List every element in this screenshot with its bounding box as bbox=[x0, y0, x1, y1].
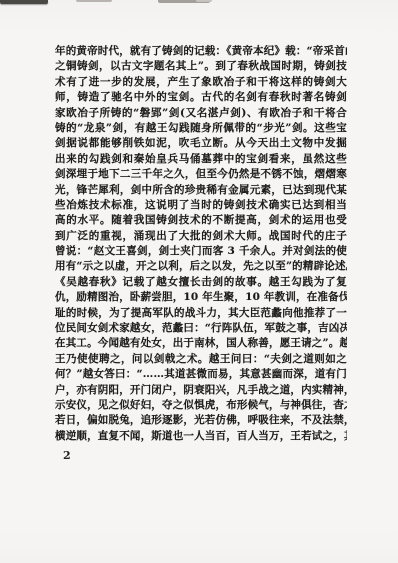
text-line-7: 剑据说都能够削铁如泥，吹毛立断。从今天出土文物中发掘 bbox=[55, 136, 347, 151]
text-line-22: 何？”越女答曰：“……其道甚微而易，其意甚幽而深，道有门 bbox=[55, 367, 347, 382]
text-line-9: 剑深埋于地下二三千年之久，但至今仍然是不锈不蚀，熠熠寒 bbox=[55, 167, 347, 182]
text-line-25: 若日，偏如脱兔，追形逐影，光若仿佛，呼吸往来，不及法禁，纵 bbox=[55, 413, 347, 428]
book-page: 年的黄帝时代，就有了铸剑的记载：《黄帝本纪》载：“帝采首山之铜铸剑，以古文字题名… bbox=[0, 0, 398, 563]
text-line-4: 师，铸造了驰名中外的宝剑。古代的名剑有春秋时著名铸剑 bbox=[55, 90, 347, 105]
text-line-19: 位民间女剑术家越女，范蠡曰：“行阵队伍，军鼓之事，吉凶决 bbox=[55, 321, 347, 336]
text-line-12: 高的水平。随着我国铸剑技术的不断提高，剑术的运用也受 bbox=[55, 213, 347, 228]
text-line-16: 《吴越春秋》记载了越女擅长击剑的故事。越王勾践为了复 bbox=[55, 275, 347, 290]
text-line-15: 用有“示之以虚，开之以利，后之以发，先之以至”的精辟论述。 bbox=[55, 259, 347, 274]
text-line-6: 铸的“龙泉”剑，有越王勾践随身所佩带的“步光”剑。这些宝 bbox=[55, 121, 347, 136]
text-line-14: 曾说：“赵文王喜剑，剑士夹门而客 3 千余人。并对剑法的使 bbox=[55, 244, 347, 259]
text-line-20: 在其工。今闻越有处女，出于南林，国人称善，愿王请之”。越 bbox=[55, 336, 347, 351]
text-line-1: 年的黄帝时代，就有了铸剑的记载：《黄帝本纪》载：“帝采首山 bbox=[55, 44, 347, 59]
page-number: 2 bbox=[63, 449, 71, 462]
scan-artifact-smudge bbox=[76, 0, 112, 2]
text-line-5: 家欧冶子所铸的“磐郢”剑(又名湛卢剑)、有欧冶子和干将合 bbox=[55, 106, 347, 121]
scan-artifact-smudge bbox=[196, 0, 212, 2]
text-line-11: 些冶炼技术标准，这说明了当时的铸剑技术确实已达到相当 bbox=[55, 198, 347, 213]
text-line-21: 王乃使使聘之，问以剑戟之术。越王问曰：“夫剑之道则如之 bbox=[55, 352, 347, 367]
text-line-23: 户，亦有阴阳，开门闭户，阴衰阳兴，凡手战之道，内实精神，外 bbox=[55, 383, 347, 398]
text-line-26: 横逆顺，直复不闻，斯道也一人当百，百人当万，王若试之，其 bbox=[55, 429, 347, 444]
body-text-paragraph: 年的黄帝时代，就有了铸剑的记载：《黄帝本纪》载：“帝采首山之铜铸剑，以古文字题名… bbox=[55, 44, 347, 444]
text-line-24: 示安仪，见之似好妇，夺之似惧虎，布形候气，与神俱往，杳之 bbox=[55, 398, 347, 413]
text-line-17: 仇，励精图治，卧薪尝胆，10 年生聚，10 年教训，在准备伐吴雪 bbox=[55, 290, 347, 305]
text-line-2: 之铜铸剑，以古文字题名其上”。到了春秋战国时期，铸剑技 bbox=[55, 59, 347, 74]
scan-artifact-smudge bbox=[0, 0, 48, 4]
text-line-8: 出来的勾践剑和秦始皇兵马俑墓葬中的宝剑看来，虽然这些 bbox=[55, 152, 347, 167]
text-line-3: 术有了进一步的发展，产生了象欧冶子和干将这样的铸剑大 bbox=[55, 75, 347, 90]
text-line-10: 光，锋芒犀利，剑中所含的珍贵稀有金属元素，已达到现代某 bbox=[55, 183, 347, 198]
text-line-13: 到广泛的重视，涌现出了大批的剑术大师。战国时代的庄子 bbox=[55, 229, 347, 244]
text-line-18: 耻的时候，为了提高军队的战斗力，其大臣范蠡向他推荐了一 bbox=[55, 306, 347, 321]
